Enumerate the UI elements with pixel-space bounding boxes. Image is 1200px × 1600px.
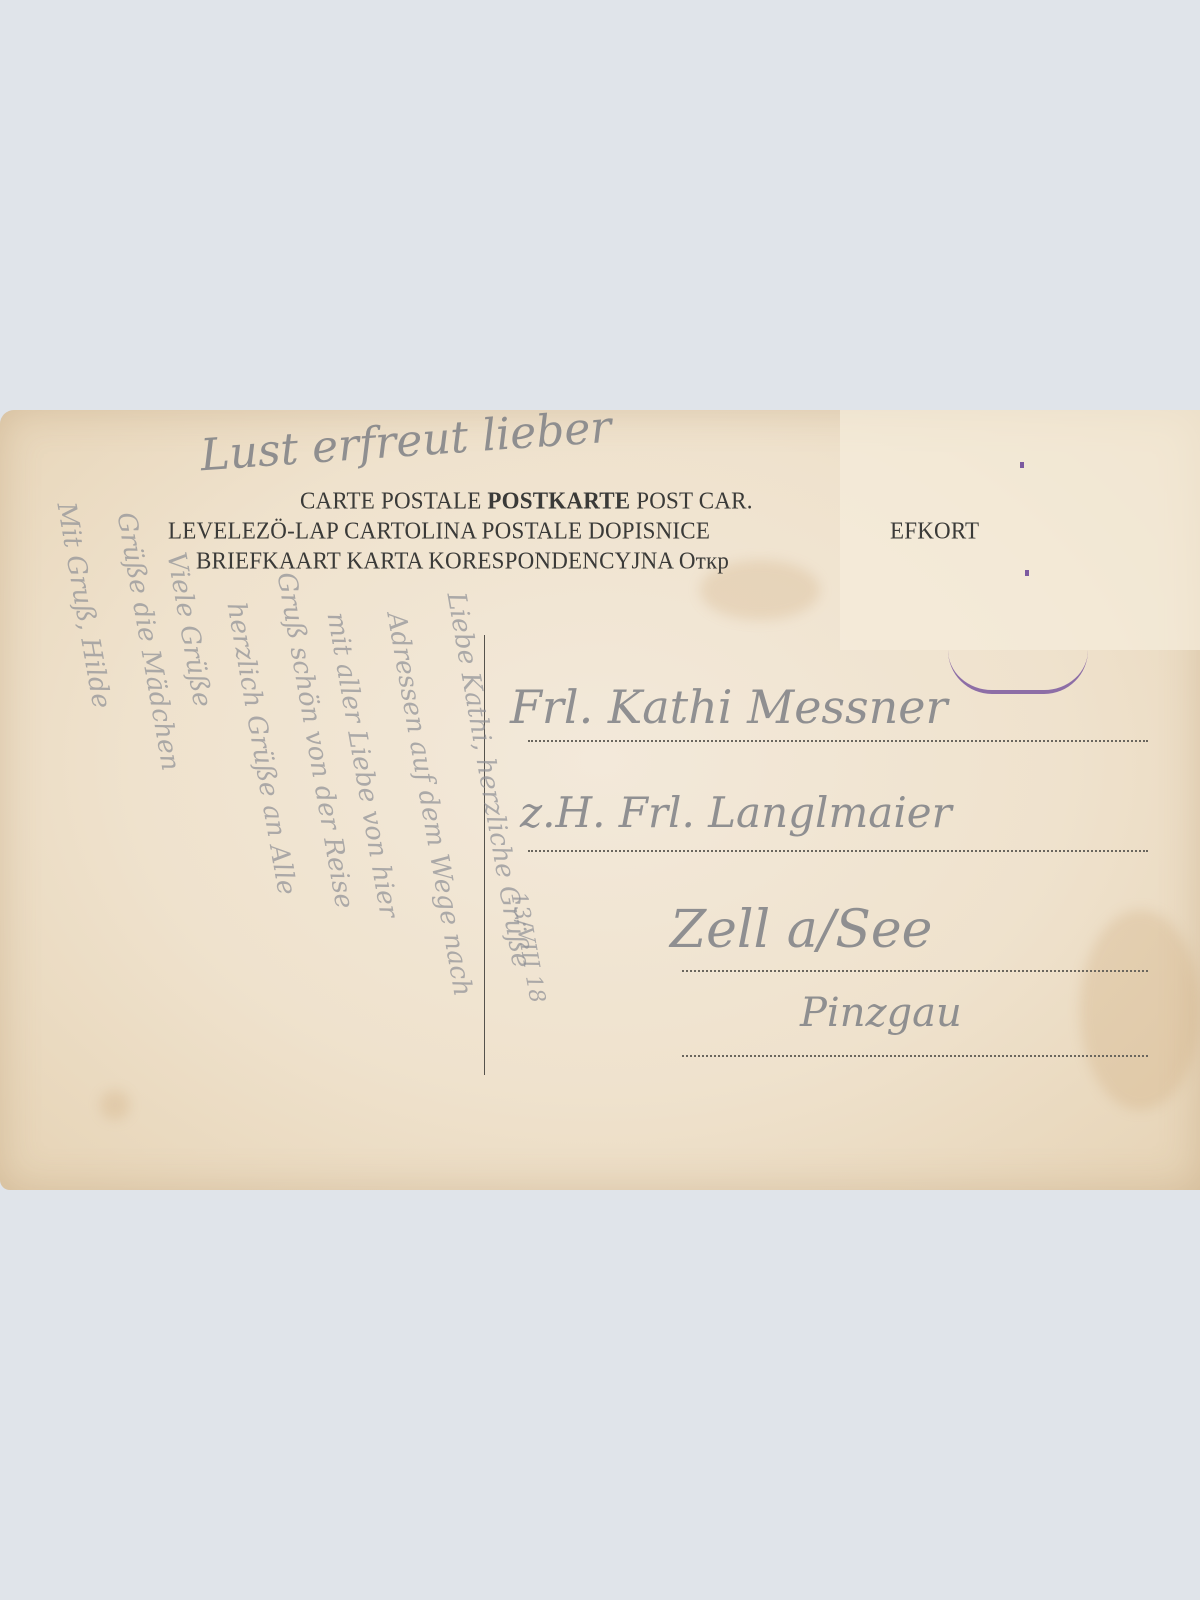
address-rule	[528, 850, 1148, 852]
top-pencil-note: Lust erfreut lieber	[199, 410, 613, 481]
header-text: POST CAR.	[630, 487, 752, 513]
address-line-1: Frl. Kathi Messner	[510, 680, 947, 734]
postmark-arc	[948, 650, 1088, 694]
address-rule	[682, 1055, 1148, 1057]
header-text-bold: POSTKARTE	[487, 487, 630, 513]
printed-header-line-1: CARTE POSTALE POSTKARTE POST CAR.	[300, 487, 753, 514]
stain	[1080, 910, 1200, 1110]
address-rule	[682, 970, 1148, 972]
address-line-3: Zell a/See	[670, 900, 932, 960]
header-text: CARTE POSTALE	[300, 487, 487, 513]
stamp-dot	[1020, 462, 1024, 468]
postcard-back: Lust erfreut lieber CARTE POSTALE POSTKA…	[0, 410, 1200, 1190]
address-rule	[528, 740, 1148, 742]
stamp-dot	[1025, 570, 1029, 576]
printed-header-line-3: BRIEFKAART KARTA KORESPONDENCYJNA Откр	[196, 547, 729, 574]
printed-header-line-2-right: EFKORT	[890, 517, 979, 544]
printed-header-line-2: LEVELEZÖ-LAP CARTOLINA POSTALE DOPISNICE	[168, 517, 710, 544]
message-column: Grüße die Mädchen	[110, 510, 185, 773]
message-column: Mit Gruß, Hilde	[50, 500, 116, 711]
stain	[100, 1090, 130, 1120]
address-line-4: Pinzgau	[800, 990, 962, 1036]
address-line-2: z.H. Frl. Langlmaier	[520, 788, 952, 837]
